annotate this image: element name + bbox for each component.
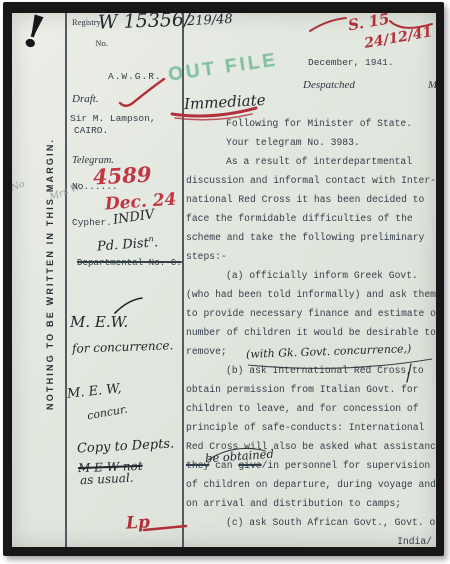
draft-label: Draft.	[72, 93, 99, 105]
body-line: obtain permission from Italian Govt. for	[186, 380, 436, 399]
telegram-body: Following for Minister of State. Your te…	[186, 114, 436, 547]
copy-depts-line1: Copy to Depts.	[77, 436, 175, 456]
photo-frame: ! NOTHING TO BE WRITTEN IN THIS MARGIN. …	[3, 2, 444, 556]
mew-note-line1: M. E.W.	[70, 313, 128, 331]
dist-note-text: Pd. Dist	[97, 236, 150, 255]
exclamation-mark: !	[15, 13, 52, 60]
registry-number-right: 219/48	[187, 13, 233, 29]
despatched-label: Despatched	[303, 79, 355, 91]
body-line: of children on departure, during voyage …	[186, 475, 436, 494]
despatched-initial: M.	[428, 79, 436, 91]
body-line: national Red Cross it has been decided t…	[186, 190, 436, 209]
out-file-stamp: OUT FILE	[167, 49, 280, 86]
body-line: steps:-	[186, 247, 436, 266]
awgr-label: A.W.G.R.	[108, 71, 162, 82]
addressee-line2: CAIRO.	[74, 125, 108, 136]
dist-note-dot: .	[153, 235, 158, 250]
red-flourish-left	[310, 18, 346, 31]
cypher-label: Cypher.	[72, 217, 112, 228]
telegram-paper: ! NOTHING TO BE WRITTEN IN THIS MARGIN. …	[12, 13, 436, 547]
registry-label-line2: No.	[95, 38, 108, 48]
body-line: face the formidable difficulties of the	[186, 209, 436, 228]
priority-note: Immediate	[184, 91, 266, 113]
body-line: to provide necessary finance and estimat…	[186, 304, 436, 323]
body-line: scheme and take the following preliminar…	[186, 228, 436, 247]
registry-number-left: W 15356/	[98, 13, 191, 34]
body-text: /in personnel for supervision	[262, 460, 431, 471]
addressee-line1: Sir M. Lampson,	[70, 113, 156, 124]
margin-rule	[65, 13, 67, 547]
document-scan: ! NOTHING TO BE WRITTEN IN THIS MARGIN. …	[0, 0, 450, 564]
red-check-mark	[120, 79, 164, 106]
pencil-note-line1: No	[12, 179, 26, 194]
body-line: number of children it would be desirable…	[186, 323, 436, 342]
mew-concur-line1: M. E. W,	[66, 381, 122, 402]
red-initials: Lp	[125, 512, 150, 533]
body-line: principle of safe-conducts: Internationa…	[186, 418, 436, 437]
main-column-rule	[182, 13, 184, 547]
mew-concur-line2: concur.	[86, 403, 128, 423]
body-line: (b) ask International Red Cross,to	[186, 361, 436, 380]
body-line: (who had been told informally) and ask t…	[186, 285, 436, 304]
body-line: Following for Minister of State.	[186, 114, 436, 133]
tick-over-mew	[115, 298, 142, 313]
body-line: As a result of interdepartmental	[186, 152, 436, 171]
dist-note: Pd. Distn.	[97, 234, 159, 255]
body-line: (c) ask South African Govt., Govt. of	[186, 513, 436, 532]
mew-note-line2: for concurrence.	[72, 338, 174, 356]
body-line: (a) officially inform Greek Govt.	[186, 266, 436, 285]
body-line: on arrival and distribution to camps;	[186, 494, 436, 513]
body-line: Your telegram No. 3983.	[186, 133, 436, 152]
registry-label-line1: Registry	[72, 17, 101, 27]
departmental-no-struck: Departmental No. C.	[77, 257, 182, 268]
despatch-date: December, 1941.	[308, 57, 394, 68]
telegram-number: 4589	[92, 161, 152, 189]
body-line: children to leave, and for concession of	[186, 399, 436, 418]
body-line: discussion and informal contact with Int…	[186, 171, 436, 190]
body-line: India/	[186, 532, 436, 547]
copy-depts-line3: as usual.	[80, 471, 134, 488]
